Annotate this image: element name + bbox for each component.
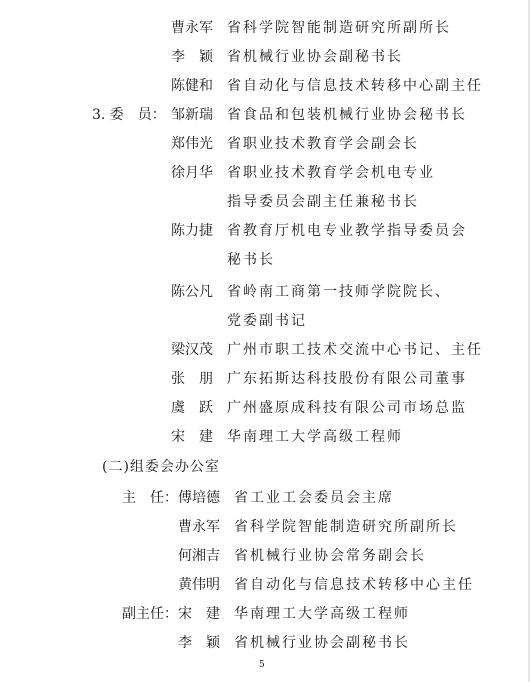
member-position: 省职业技术教育学会机电专业 bbox=[227, 163, 435, 183]
member-name: 宋 建 bbox=[171, 427, 213, 447]
member-name: 邹新瑞 bbox=[171, 105, 213, 125]
member-position: 省机械行业协会副秘书长 bbox=[227, 47, 403, 67]
member-name: 陈健和 bbox=[171, 76, 213, 96]
member-name: 陈公凡 bbox=[171, 282, 213, 302]
member-name: 黄伟明 bbox=[178, 575, 220, 595]
member-position: 省教育厅机电专业教学指导委员会 bbox=[227, 221, 467, 241]
member-position: 广东拓斯达科技股份有限公司董事 bbox=[227, 369, 467, 389]
member-position: 省机械行业协会常务副会长 bbox=[234, 546, 426, 566]
member-name: 曹永军 bbox=[171, 18, 213, 38]
member-name: 宋 建 bbox=[178, 604, 220, 624]
member-name: 梁汉茂 bbox=[171, 340, 213, 360]
member-position: 省自动化与信息技术转移中心主任 bbox=[234, 575, 474, 595]
member-position: 省科学院智能制造研究所副所长 bbox=[234, 517, 458, 537]
member-position: 省职业技术教育学会副会长 bbox=[227, 134, 419, 154]
member-position: 省科学院智能制造研究所副所长 bbox=[227, 18, 451, 38]
member-position: 省自动化与信息技术转移中心副主任 bbox=[227, 76, 483, 96]
document-page: 曹永军 省科学院智能制造研究所副所长 李 颖 省机械行业协会副秘书长 陈健和 省… bbox=[0, 0, 530, 682]
member-position: 省岭南工商第一技师学院院长、 bbox=[227, 282, 451, 302]
member-name: 虞 跃 bbox=[171, 398, 213, 418]
member-name: 曹永军 bbox=[178, 517, 220, 537]
member-name: 陈力捷 bbox=[171, 221, 213, 241]
member-position: 华南理工大学高级工程师 bbox=[234, 604, 410, 624]
member-position: 省工业工会委员会主席 bbox=[234, 488, 394, 508]
member-name: 李 颖 bbox=[178, 633, 220, 653]
member-position: 广州市职工技术交流中心书记、主任 bbox=[227, 340, 483, 360]
member-name: 李 颖 bbox=[171, 47, 213, 67]
member-position: 省食品和包装机械行业协会秘书长 bbox=[227, 105, 467, 125]
member-name: 傅培德 bbox=[178, 488, 220, 508]
role-label: 副主任： bbox=[122, 604, 178, 624]
role-label: 主 任： bbox=[122, 488, 178, 508]
member-position: 华南理工大学高级工程师 bbox=[227, 427, 403, 447]
page-number: 5 bbox=[259, 659, 265, 671]
member-position: 党委副书记 bbox=[227, 311, 307, 331]
member-position: 广州盛原成科技有限公司市场总监 bbox=[227, 398, 467, 418]
member-name: 何湘吉 bbox=[178, 546, 220, 566]
member-name: 徐月华 bbox=[171, 163, 213, 183]
member-name: 张 朋 bbox=[171, 369, 213, 389]
member-position: 秘书长 bbox=[227, 250, 275, 270]
section-heading: (二)组委会办公室 bbox=[102, 457, 220, 477]
member-name: 郑伟光 bbox=[171, 134, 213, 154]
role-label: 3. 委 员： bbox=[92, 105, 166, 125]
member-position: 指导委员会副主任兼秘书长 bbox=[227, 192, 419, 212]
member-position: 省机械行业协会副秘书长 bbox=[234, 633, 410, 653]
